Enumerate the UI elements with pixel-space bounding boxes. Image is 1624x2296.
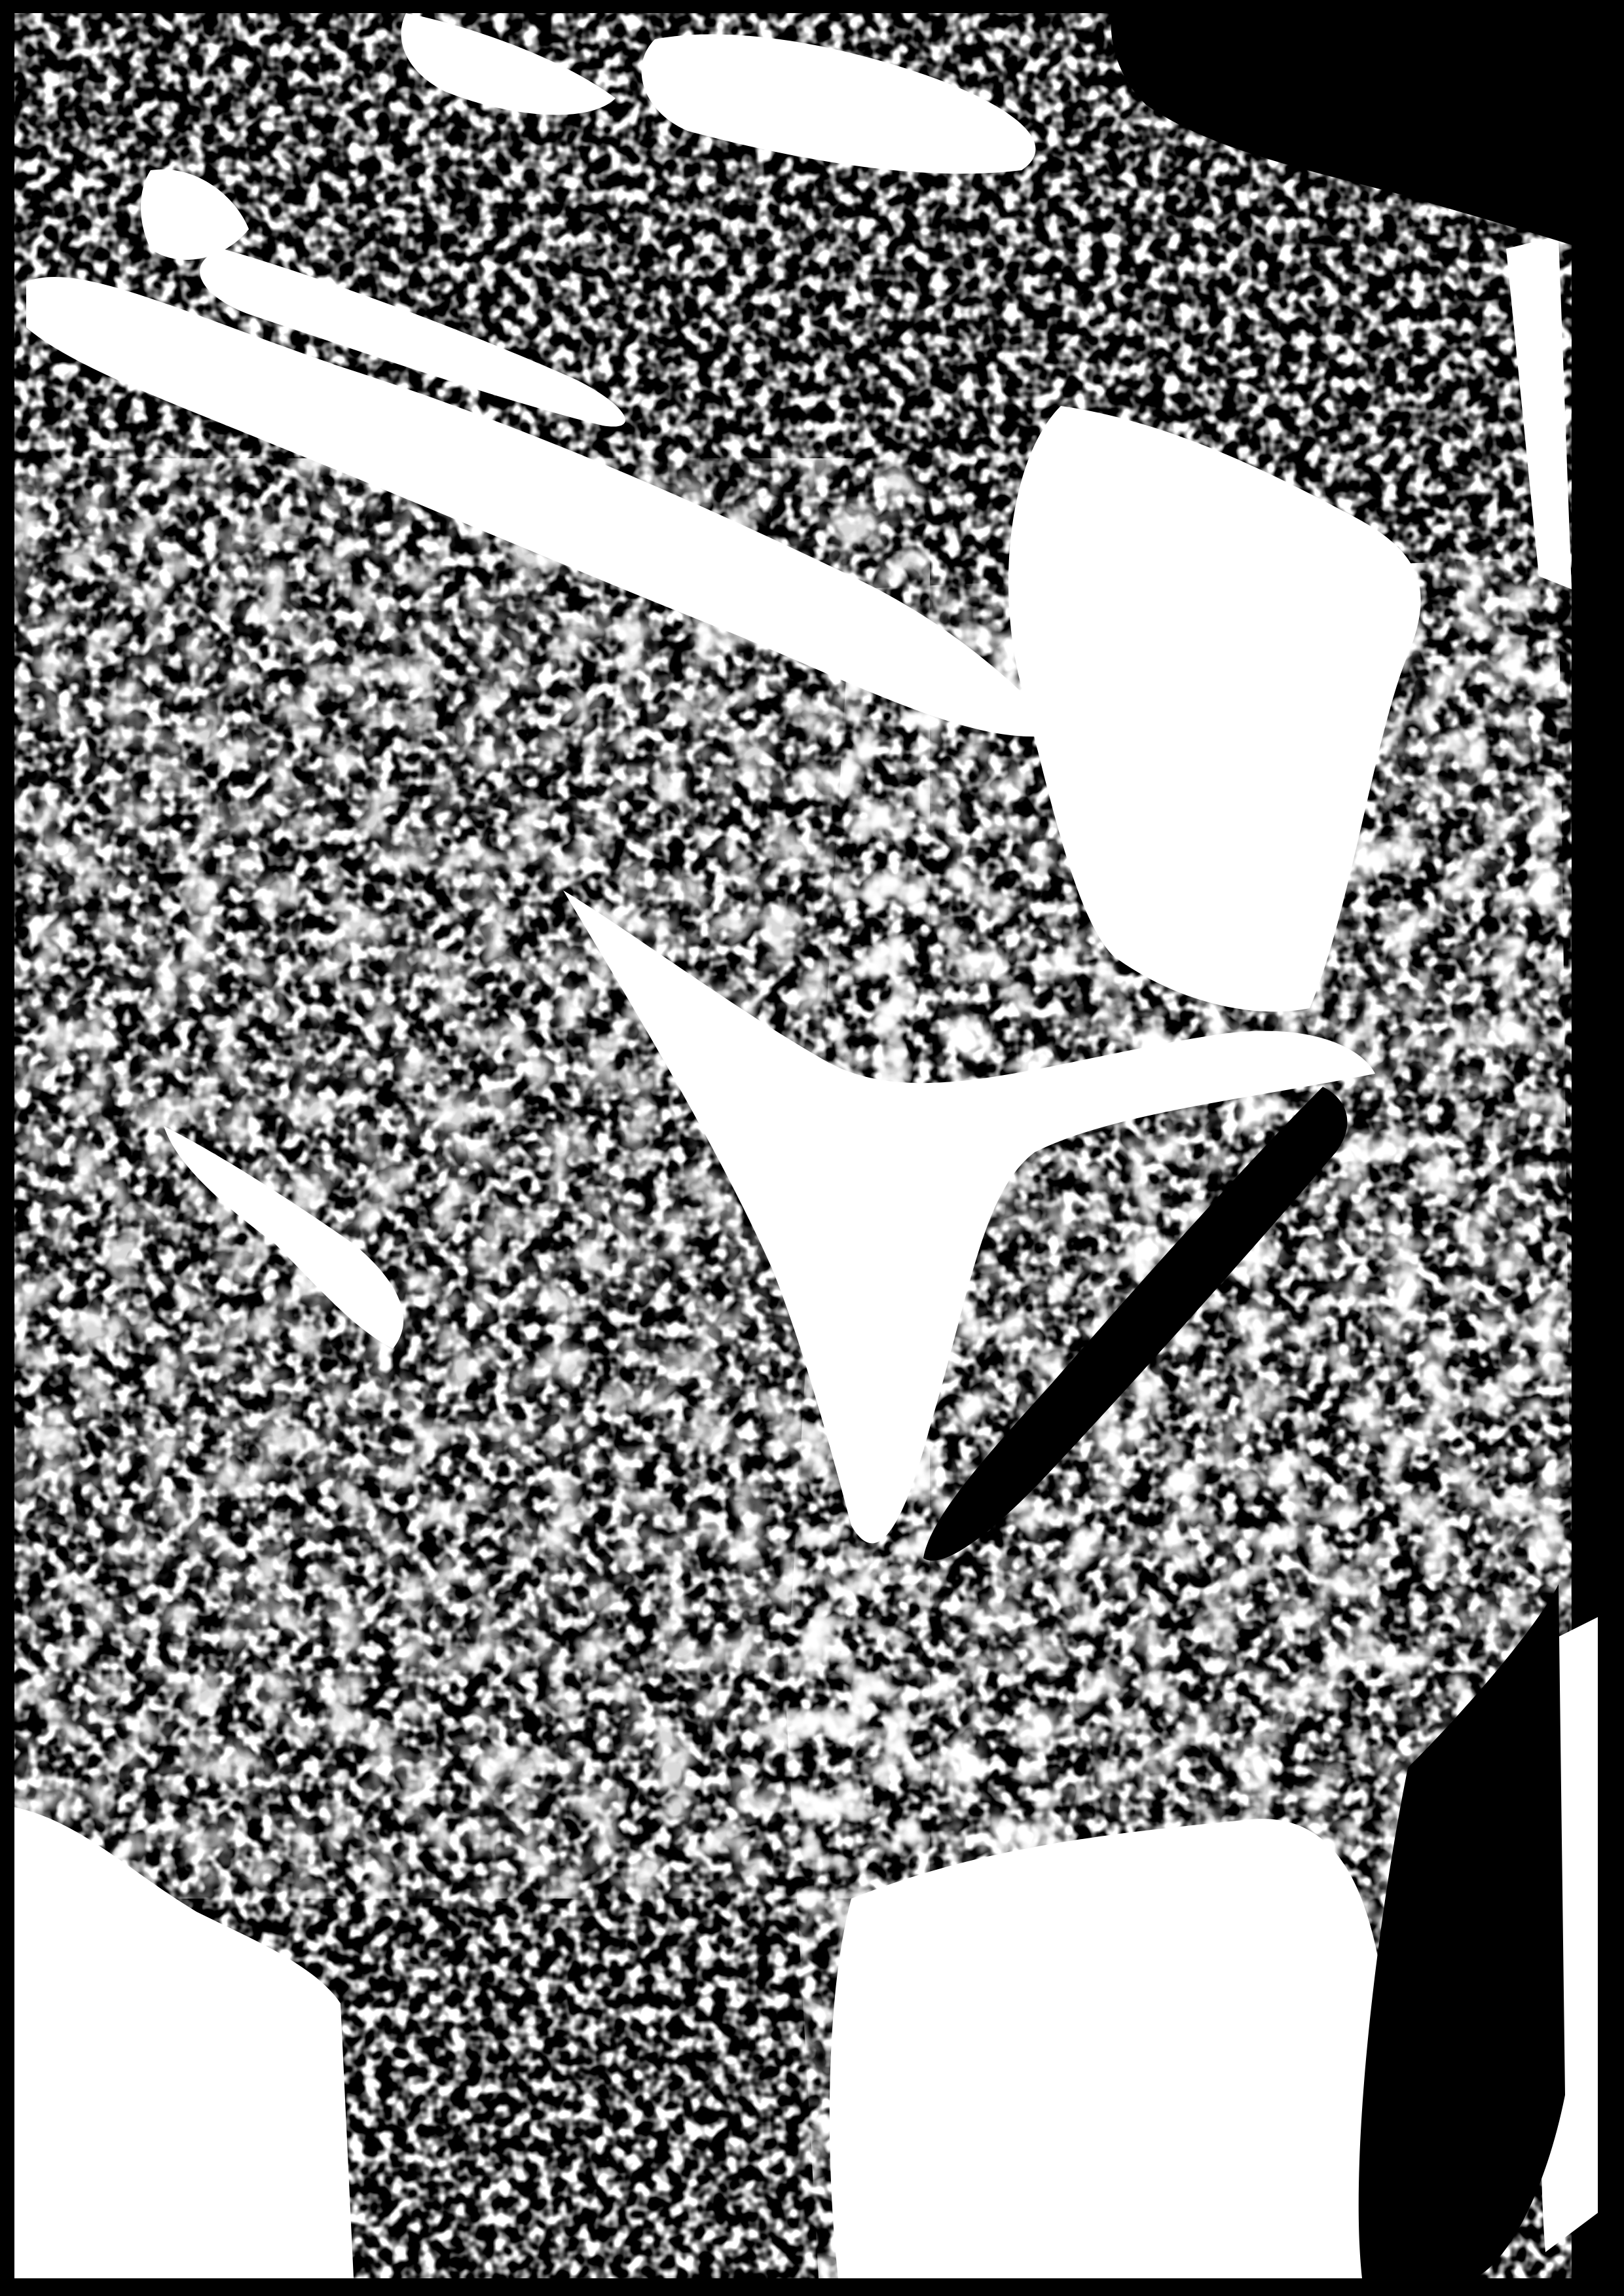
- border-left: [0, 0, 14, 2296]
- border-bottom: [0, 2278, 1624, 2296]
- photo-scan: [0, 0, 1624, 2296]
- border-right: [1601, 0, 1624, 2296]
